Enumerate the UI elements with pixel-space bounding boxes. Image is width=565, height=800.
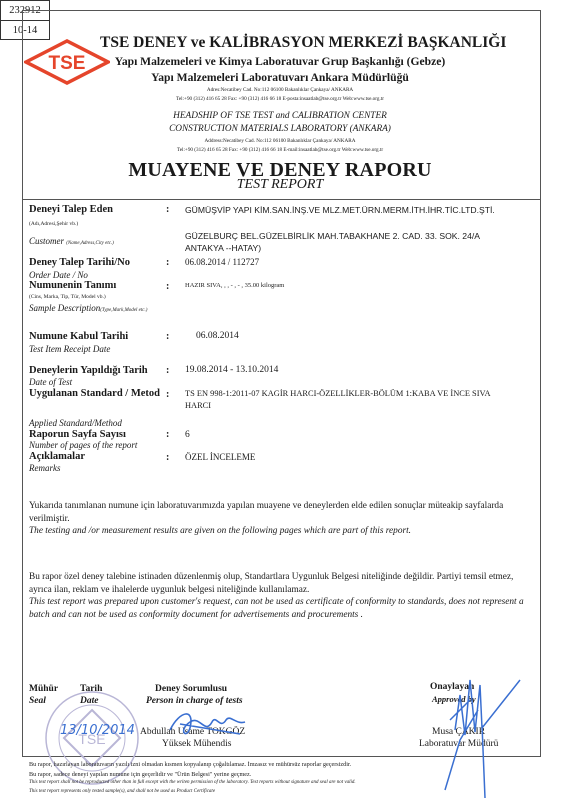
customer-value-line1: GÜMÜŞVİP YAPI KİM.SAN.İNŞ.VE MLZ.MET.ÜRN… (185, 205, 495, 215)
customer-label-en-text: Customer (29, 236, 64, 246)
pages-colon: : (166, 429, 169, 440)
sample-hint: (Cins, Marka, Tip, Tür, Model vb.) (29, 294, 106, 300)
order-colon: : (166, 257, 169, 268)
remarks-label-en: Remarks (29, 463, 61, 473)
disclaimer-en: This test report was prepared upon custo… (29, 596, 529, 621)
seal-label-en: Seal (29, 696, 46, 706)
footer-line1: Bu rapor, hazırlayan laboratuvarın yazıl… (29, 761, 351, 768)
customer-label: Deneyi Talep Eden (29, 204, 113, 215)
org-title-en: HEADSHIP OF TSE TEST and CALIBRATION CEN… (100, 111, 460, 121)
sample-label-en: Sample Description(Type,Mark,Model etc.) (29, 303, 147, 313)
lab-name: Yapı Malzemeleri Laboratuvarı Ankara Müd… (100, 71, 460, 84)
sample-hint-en: (Type,Mark,Model etc.) (100, 308, 147, 313)
test-date-colon: : (166, 365, 169, 376)
sample-colon: : (166, 281, 169, 292)
customer-hint-en: (Name,Adress,City etc.) (66, 241, 114, 246)
lab-name-en: CONSTRUCTION MATERIALS LABORATORY (ANKAR… (100, 124, 460, 134)
customer-colon: : (166, 204, 169, 215)
results-statement-en: The testing and /or measurement results … (29, 525, 529, 538)
standard-label-en: Applied Standard/Method (29, 418, 122, 428)
order-value: 06.08.2014 / 112727 (185, 257, 259, 267)
receipt-colon: : (166, 331, 169, 342)
order-label-en: Order Date / No (29, 270, 88, 280)
test-date-label: Deneylerin Yapıldığı Tarih (29, 365, 148, 376)
handwritten-date: 13/10/2014 (60, 723, 135, 738)
test-date-label-en: Date of Test (29, 377, 72, 387)
contact-tr: Tel:+90 (312) 416 65 28 Fax: +90 (312) 4… (100, 96, 460, 102)
customer-label-en: Customer (Name,Adress,City etc.) (29, 236, 114, 246)
pages-label-en: Number of pages of the report (29, 440, 137, 450)
approver-signature (420, 640, 530, 800)
remarks-value: ÖZEL İNCELEME (185, 452, 255, 462)
date-label: Tarih (80, 684, 102, 694)
pages-value: 6 (185, 430, 190, 440)
sample-value: HAZIR SIVA, , , - , - , 35.00 kilogram (185, 282, 284, 289)
receipt-label-en: Test Item Receipt Date (29, 344, 110, 354)
signature-scribble-icon (160, 700, 250, 745)
report-title-en: TEST REPORT (100, 177, 460, 193)
group-name: Yapı Malzemeleri ve Kimya Laboratuvar Gr… (100, 55, 460, 68)
standard-value-line1: TS EN 998-1:2011-07 KAGİR HARCI-ÖZELLİKL… (185, 389, 491, 398)
remarks-label: Açıklamalar (29, 451, 85, 462)
footer-line2: Bu rapor, sadece deneyi yapılan numune i… (29, 771, 251, 778)
results-statement-tr: Yukarıda tanımlanan numune için laboratu… (29, 500, 529, 525)
tse-logo-icon: TSE (24, 38, 110, 86)
tse-logo: TSE (24, 38, 110, 86)
contact-en: Tel:+90 (312) 416 65 28 Fax: +90 (312) 4… (100, 147, 460, 153)
customer-hint: (Adı,Adresi,Şehir vb.) (29, 221, 78, 227)
standard-value-line2: HARCI (185, 401, 211, 410)
pages-label: Raporun Sayfa Sayısı (29, 429, 126, 440)
receipt-label: Numune Kabul Tarihi (29, 331, 128, 342)
disclaimer-statement: Bu rapor özel deney talebine istinaden d… (29, 571, 529, 621)
order-label: Deney Talep Tarihi/No (29, 257, 130, 268)
svg-text:TSE: TSE (49, 53, 86, 74)
responsible-label: Deney Sorumlusu (155, 684, 227, 694)
test-date-value: 19.08.2014 - 13.10.2014 (185, 365, 278, 375)
date-label-en: Date (80, 696, 98, 706)
disclaimer-tr: Bu rapor özel deney talebine istinaden d… (29, 571, 529, 596)
responsible-signature (160, 700, 250, 745)
customer-value-line3: ANTAKYA --HATAY) (185, 243, 261, 253)
standard-label: Uygulanan Standard / Metod (29, 388, 160, 399)
results-statement: Yukarıda tanımlanan numune için laboratu… (29, 500, 529, 538)
sample-label-en-text: Sample Description (29, 303, 100, 313)
seal-label: Mühür (29, 684, 58, 694)
remarks-colon: : (166, 452, 169, 463)
footer-line4: This test report represents only tested … (29, 789, 215, 794)
sample-label: Numunenin Tanımı (29, 280, 116, 291)
address-tr: Adres:Necatibey Cad. No:112 06100 Bakanl… (100, 87, 460, 93)
standard-colon: : (166, 389, 169, 400)
receipt-value: 06.08.2014 (196, 331, 239, 341)
org-title: TSE DENEY ve KALİBRASYON MERKEZİ BAŞKANL… (100, 34, 460, 52)
address-en: Address:Necatibey Cad. No:112 06100 Baka… (100, 138, 460, 144)
signature-scribble-icon (420, 640, 530, 800)
footer-line3: This test report shall not be reproducte… (29, 780, 356, 785)
customer-value-line2: GÜZELBURÇ BEL.GÜZELBİRLİK MAH.TABAKHANE … (185, 231, 480, 241)
